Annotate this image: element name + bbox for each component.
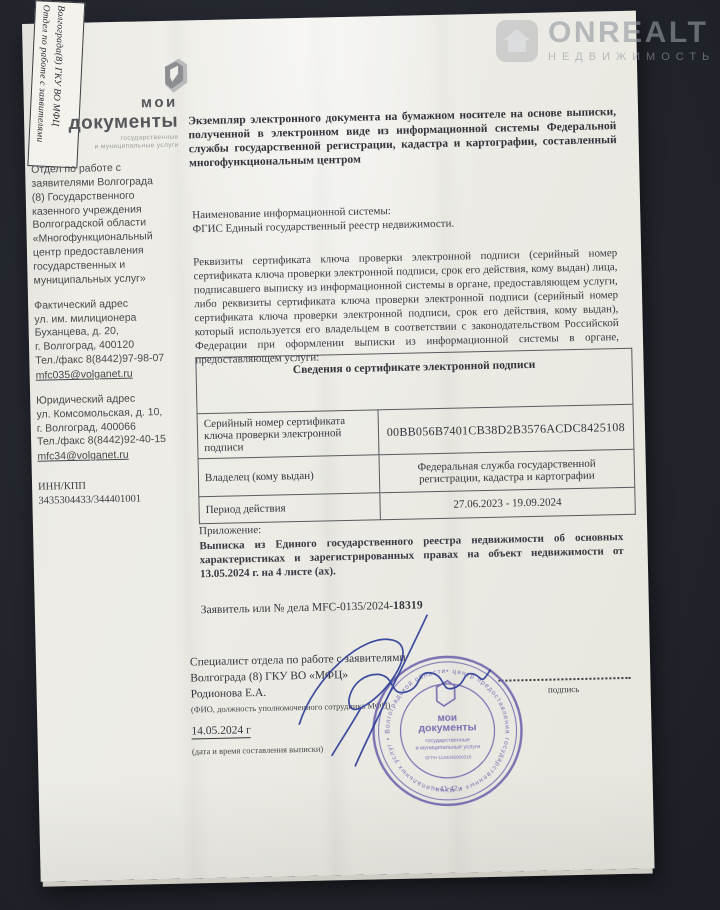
email-mfc035: mfc035@volganet.ru <box>36 368 133 384</box>
table-row-period-value: 27.06.2023 - 19.09.2024 <box>380 487 636 520</box>
inn-kpp-value: 3435304433/344401001 <box>38 492 174 509</box>
table-row-period-label: Период действия <box>199 493 380 524</box>
legal-address-line: ул. Комсомольская, д. 10, <box>36 406 172 423</box>
handwritten-signature <box>267 600 501 775</box>
extract-date: 14.05.2024 г <box>191 724 251 739</box>
moi-dokumenty-logo-text: мои документы государственные и муниципа… <box>48 95 179 154</box>
email-mfc34: mfc34@volganet.ru <box>37 449 128 465</box>
attachment-text: Выписка из Единого государственного реес… <box>199 530 624 581</box>
logo-title-moi: мои <box>48 95 178 113</box>
table-row-owner-label: Владелец (кому выдан) <box>198 455 380 497</box>
logo-tagline: государственные и муниципальные услуги <box>48 134 178 154</box>
info-system-block: Наименование информационной системы: ФГИ… <box>192 199 613 236</box>
onrealt-watermark-text: ONREALT НЕДВИЖИМОСТЬ <box>548 18 715 63</box>
intro-paragraph: Экземпляр электронного документа на бума… <box>188 105 617 170</box>
stamp-bottom-code: • 41-42 • <box>435 786 462 794</box>
inn-kpp-block: ИНН/КПП 3435304433/344401001 <box>38 478 175 509</box>
onrealt-house-icon <box>494 18 540 64</box>
sender-info-sidebar: Отдел по работе с заявителями Волгограда… <box>31 161 174 509</box>
certificate-table: Сведения о сертификате электронной подпи… <box>195 348 636 524</box>
onrealt-subtitle: НЕДВИЖИМОСТЬ <box>548 51 715 63</box>
table-row-serial-value: 00BB056B7401CB38D2B3576ACDC8425108 <box>378 404 634 455</box>
onrealt-watermark: ONREALT НЕДВИЖИМОСТЬ <box>494 18 715 64</box>
moi-dokumenty-logo-icon <box>159 56 190 95</box>
table-row-owner-value: Федеральная служба государственной регис… <box>379 449 635 493</box>
table-row-serial-label: Серийный номер сертификата ключа проверк… <box>197 410 379 459</box>
attachment-label: Приложение: <box>199 524 261 537</box>
onrealt-brand: ONREALT <box>548 18 715 48</box>
document-sheet: Отдел по работе с заявителями Волгограда… <box>22 11 655 882</box>
certificate-table-title: Сведения о сертификате электронной подпи… <box>196 348 633 413</box>
actual-address-line: ул. им. милиционера Буханцева, д. 20, <box>34 310 171 341</box>
signature-label: подпись <box>519 683 609 695</box>
logo-title-dokumenty: документы <box>48 112 178 134</box>
actual-address-line: Тел./факс 8(8442)97-98-07 <box>35 352 171 369</box>
department-name: Отдел по работе с заявителями Волгограда… <box>31 161 170 289</box>
